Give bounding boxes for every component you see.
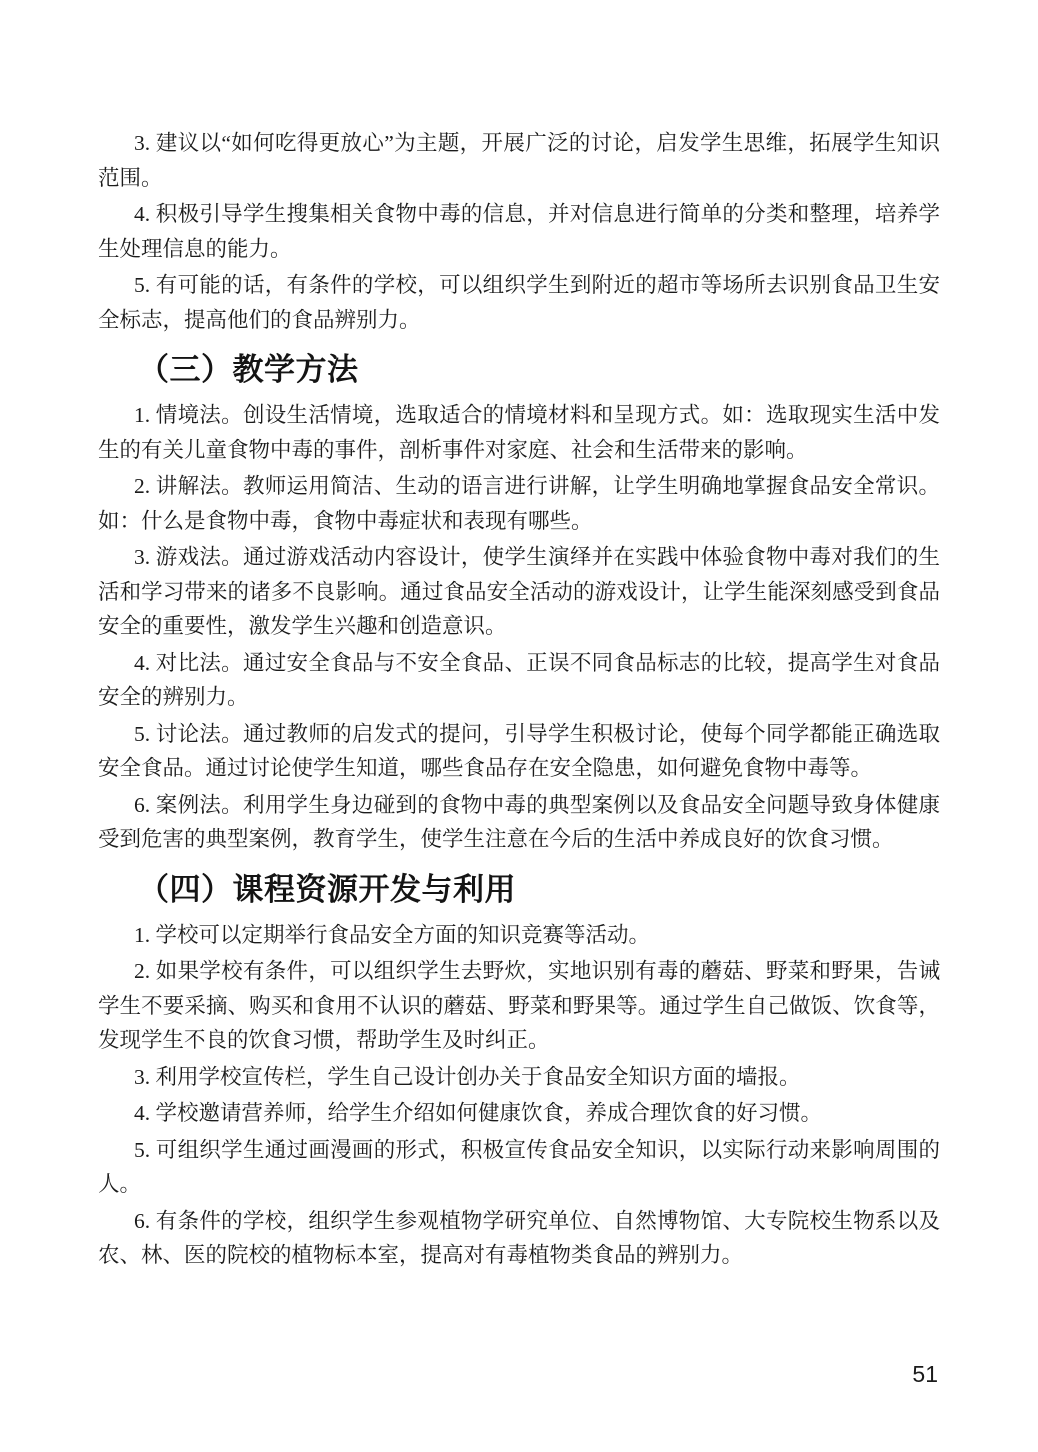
- paragraph: 1. 学校可以定期举行食品安全方面的知识竞赛等活动。: [98, 918, 940, 953]
- paragraph: 2. 讲解法。教师运用简洁、生动的语言进行讲解，让学生明确地掌握食品安全常识。如…: [98, 469, 940, 538]
- document-page: 3. 建议以“如何吃得更放心”为主题，开展广泛的讨论，启发学生思维，拓展学生知识…: [0, 0, 1038, 1452]
- page-number: 51: [912, 1361, 938, 1388]
- paragraph: 6. 有条件的学校，组织学生参观植物学研究单位、自然博物馆、大专院校生物系以及农…: [98, 1204, 940, 1273]
- paragraph: 3. 建议以“如何吃得更放心”为主题，开展广泛的讨论，启发学生思维，拓展学生知识…: [98, 126, 940, 195]
- section-heading-teaching-methods: （三）教学方法: [98, 348, 940, 391]
- paragraph: 5. 有可能的话，有条件的学校，可以组织学生到附近的超市等场所去识别食品卫生安全…: [98, 268, 940, 337]
- paragraph: 4. 对比法。通过安全食品与不安全食品、正误不同食品标志的比较，提高学生对食品安…: [98, 646, 940, 715]
- paragraph: 5. 可组织学生通过画漫画的形式，积极宣传食品安全知识，以实际行动来影响周围的人…: [98, 1133, 940, 1202]
- paragraph: 3. 游戏法。通过游戏活动内容设计，使学生演绎并在实践中体验食物中毒对我们的生活…: [98, 540, 940, 644]
- paragraph: 5. 讨论法。通过教师的启发式的提问，引导学生积极讨论，使每个同学都能正确选取安…: [98, 717, 940, 786]
- paragraph: 2. 如果学校有条件，可以组织学生去野炊，实地识别有毒的蘑菇、野菜和野果，告诫学…: [98, 954, 940, 1058]
- paragraph: 4. 积极引导学生搜集相关食物中毒的信息，并对信息进行简单的分类和整理，培养学生…: [98, 197, 940, 266]
- page-content: 3. 建议以“如何吃得更放心”为主题，开展广泛的讨论，启发学生思维，拓展学生知识…: [98, 126, 940, 1275]
- paragraph: 1. 情境法。创设生活情境，选取适合的情境材料和呈现方式。如：选取现实生活中发生…: [98, 398, 940, 467]
- paragraph: 6. 案例法。利用学生身边碰到的食物中毒的典型案例以及食品安全问题导致身体健康受…: [98, 788, 940, 857]
- paragraph: 4. 学校邀请营养师，给学生介绍如何健康饮食，养成合理饮食的好习惯。: [98, 1096, 940, 1131]
- paragraph: 3. 利用学校宣传栏，学生自己设计创办关于食品安全知识方面的墙报。: [98, 1060, 940, 1095]
- section-heading-curriculum-resources: （四）课程资源开发与利用: [98, 868, 940, 911]
